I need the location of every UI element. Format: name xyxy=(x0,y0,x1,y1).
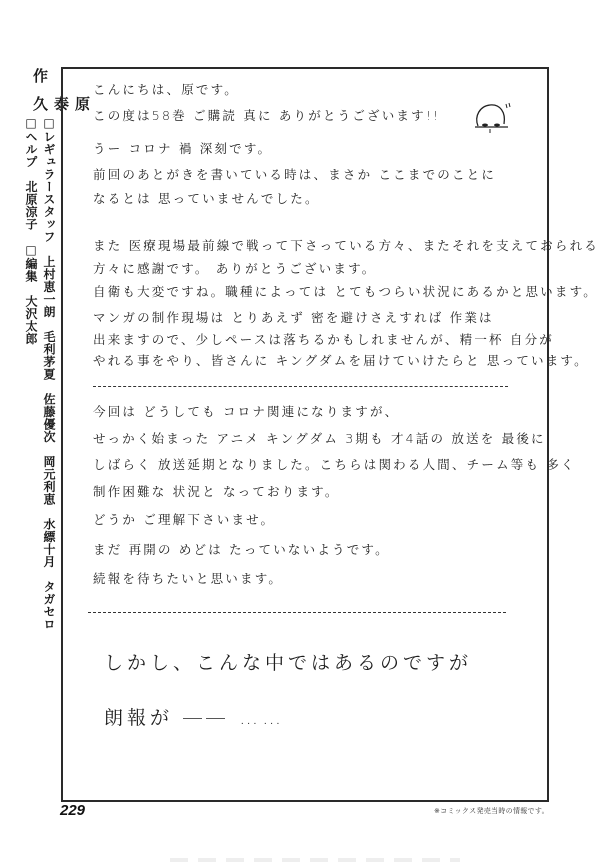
dashed-separator xyxy=(93,386,508,387)
staff-list-help-editor: □ヘルプ 北原涼子 □編集 大沢太郎 xyxy=(24,116,38,416)
text-line: 朗報が ―― …… xyxy=(104,703,285,730)
text-line: こんにちは、原です。 xyxy=(93,80,239,98)
text-line: しかし、こんな中ではあるのですが xyxy=(104,648,472,675)
text-line: うー コロナ 禍 深刻です。 xyxy=(93,139,272,157)
text-line: どうか ご理解下さいませ。 xyxy=(93,510,275,528)
text-line: 今回は どうしても コロナ関連になりますが、 xyxy=(93,402,399,420)
text-line: 自衛も大変ですね。職種によっては とてもつらい状況にあるかと思います。 xyxy=(93,282,598,300)
text-line: 制作困難な 状況と なっております。 xyxy=(93,482,340,500)
text-line: 前回のあとがきを書いている時は、まさか ここまでのことに xyxy=(93,165,496,183)
author-label: 作 xyxy=(30,68,51,89)
face-doodle-icon xyxy=(472,98,514,136)
text-line: なるとは 思っていませんでした。 xyxy=(93,189,320,207)
dashed-separator xyxy=(88,612,506,613)
text-line: 続報を待ちたいと思います。 xyxy=(93,569,283,587)
footnote: ※コミックス発売当時の情報です。 xyxy=(434,806,549,816)
text-line: 方々に感謝です。 ありがとうございます。 xyxy=(93,259,376,277)
text-line: 出来ますので、少しペースは落ちるかもしれませんが、精一杯 自分が xyxy=(93,330,554,348)
staff-list-regular: □レギュラースタッフ 上村恵一朗 毛利茅夏 佐藤優次 岡元利恵 水縹十月 タガセ… xyxy=(42,116,56,716)
text-line: この度は58巻 ご購読 真に ありがとうございます!! xyxy=(93,106,440,124)
text-line: まだ 再開の めどは たっていないようです。 xyxy=(93,540,390,558)
text-line: マンガの制作現場は とりあえず 密を避けさえすれば 作業は xyxy=(93,308,494,326)
page-number: 229 xyxy=(60,802,85,819)
text-line: また 医療現場最前線で戦って下さっている方々、またそれを支えておられる xyxy=(93,236,599,254)
text-line: せっかく始まった アニメ キングダム 3期も 才4話の 放送を 最後に xyxy=(93,429,546,447)
text-line: しばらく 放送延期となりました。こちらは関わる人間、チーム等も 多く xyxy=(93,455,576,473)
bleed-through-artifact xyxy=(170,858,460,862)
text-line: やれる事をやり、皆さんに キングダムを届けていけたらと 思っています。 xyxy=(93,351,589,369)
